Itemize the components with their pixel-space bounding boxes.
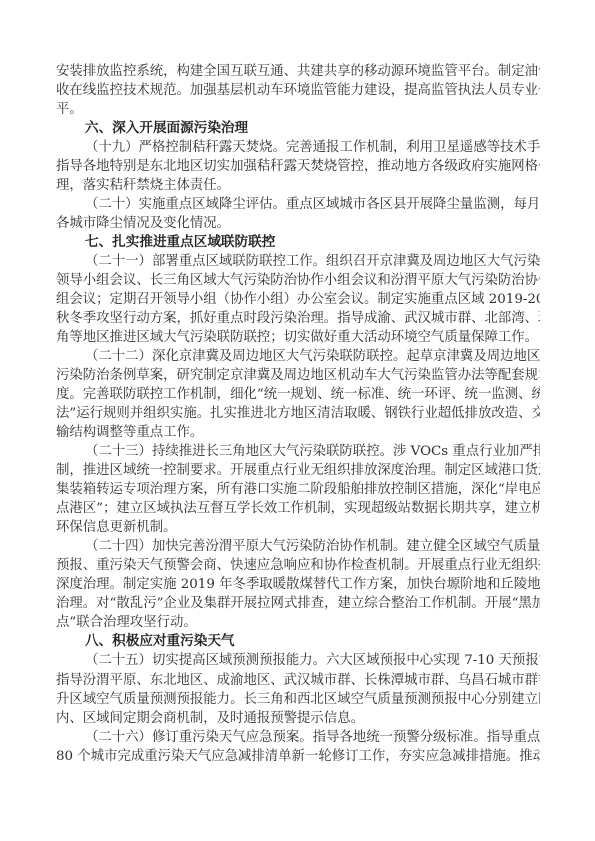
text-line: （二十二）深化京津冀及周边地区大气污染联防联控。起草京津冀及周边地区大气 (56, 347, 540, 366)
text-line: 各城市降尘情况及变化情况。 (56, 214, 540, 233)
section-heading-8: 八、积极应对重污染天气 (56, 632, 540, 651)
paragraph-22: （二十二）深化京津冀及周边地区大气污染联防联控。起草京津冀及周边地区大气 污染防… (56, 347, 540, 442)
text-line: （十九）严格控制秸秆露天焚烧。完善通报工作机制，利用卫星遥感等技术手段， (56, 138, 540, 157)
text-line: 预报、重污染天气预警会商、快速应急响应和协作检查机制。开展重点行业无组织排放 (56, 556, 540, 575)
text-line: 指导各地特别是东北地区切实加强秸秆露天焚烧管控，推动地方各级政府实施网格化管 (56, 157, 540, 176)
section-heading-6: 六、深入开展面源污染治理 (56, 119, 540, 138)
text-line: 组会议；定期召开领导小组（协作小组）办公室会议。制定实施重点区域 2019-20… (56, 290, 540, 309)
text-line: 内、区域间定期会商机制，及时通报预警提示信息。 (56, 709, 540, 728)
text-line: （二十五）切实提高区域预测预报能力。六大区域预报中心实现 7-10 天预报能力， (56, 651, 540, 670)
text-line: 平。 (56, 100, 540, 119)
paragraph-25: （二十五）切实提高区域预测预报能力。六大区域预报中心实现 7-10 天预报能力，… (56, 651, 540, 727)
section-heading-7: 七、扎实推进重点区域联防联控 (56, 233, 540, 252)
paragraph-23: （二十三）持续推进长三角地区大气污染联防联控。涉 VOCs 重点行业加严排放控 … (56, 442, 540, 537)
text-line: 点港区”；建立区域执法互督互学长效工作机制，实现超级站数据长期共享，建立机动车 (56, 499, 540, 518)
text-line: 法”运行规则并组织实施。扎实推进北方地区清洁取暖、钢铁行业超低排放改造、交通运 (56, 404, 540, 423)
text-line: 收在线监控技术规范。加强基层机动车环境监管能力建设，提高监管执法人员专业化水 (56, 81, 540, 100)
paragraph-24: （二十四）加快完善汾渭平原大气污染防治协作机制。建立健全区域空气质量预测 预报、… (56, 537, 540, 632)
text-line: 指导汾渭平原、东北地区、成渝地区、武汉城市群、长株潭城市群、乌昌石城市群等提 (56, 671, 540, 690)
text-line: （二十四）加快完善汾渭平原大气污染防治协作机制。建立健全区域空气质量预测 (56, 537, 540, 556)
text-line: 制，推进区域统一控制要求。开展重点行业无组织排放深度治理。制定区域港口货运和 (56, 461, 540, 480)
paragraph-26: （二十六）修订重污染天气应急预案。指导各地统一预警分级标准。指导重点区域 80 … (56, 728, 540, 766)
text-line: （二十六）修订重污染天气应急预案。指导各地统一预警分级标准。指导重点区域 (56, 728, 540, 747)
text-line: （二十三）持续推进长三角地区大气污染联防联控。涉 VOCs 重点行业加严排放控 (56, 442, 540, 461)
paragraph-20: （二十）实施重点区域降尘评估。重点区域城市各区县开展降尘量监测，每月通报 各城市… (56, 195, 540, 233)
text-line: 治理。对“散乱污”企业及集群开展拉网式排查，建立综合整治工作机制。开展“黑加油站 (56, 594, 540, 613)
text-line: 领导小组会议、长三角区域大气污染防治协作小组会议和汾渭平原大气污染防治协作小 (56, 271, 540, 290)
text-line: 环保信息更新机制。 (56, 518, 540, 537)
text-line: 安装排放监控系统，构建全国互联互通、共建共享的移动源环境监管平台。制定油气回 (56, 62, 540, 81)
document-page: 安装排放监控系统，构建全国互联互通、共建共享的移动源环境监管平台。制定油气回 收… (56, 62, 540, 766)
text-line: 集装箱转运专项治理方案，所有港口实施二阶段船舶排放控制区措施，深化“岸电应用试 (56, 480, 540, 499)
paragraph-continuation: 安装排放监控系统，构建全国互联互通、共建共享的移动源环境监管平台。制定油气回 收… (56, 62, 540, 119)
text-line: 角等地区推进区域大气污染联防联控；切实做好重大活动环境空气质量保障工作。 (56, 328, 540, 347)
text-line: （二十一）部署重点区域联防联控工作。组织召开京津冀及周边地区大气污染防治 (56, 252, 540, 271)
paragraph-21: （二十一）部署重点区域联防联控工作。组织召开京津冀及周边地区大气污染防治 领导小… (56, 252, 540, 347)
text-line: 污染防治条例草案，研究制定京津冀及周边地区机动车大气污染监管办法等配套规章制 (56, 366, 540, 385)
text-line: 理，落实秸秆禁烧主体责任。 (56, 176, 540, 195)
text-line: 度。完善联防联控工作机制，细化“统一规划、统一标准、统一环评、统一监测、统一执 (56, 385, 540, 404)
text-line: （二十）实施重点区域降尘评估。重点区域城市各区县开展降尘量监测，每月通报 (56, 195, 540, 214)
text-line: 点”联合治理攻坚行动。 (56, 613, 540, 632)
text-line: 秋冬季攻坚行动方案，抓好重点时段污染治理。指导成渝、武汉城市群、北部湾、珠三 (56, 309, 540, 328)
text-line: 升区域空气质量预测预报能力。长三角和西北区域空气质量预测预报中心分别建立区域 (56, 690, 540, 709)
paragraph-19: （十九）严格控制秸秆露天焚烧。完善通报工作机制，利用卫星遥感等技术手段， 指导各… (56, 138, 540, 195)
text-line: 输结构调整等重点工作。 (56, 423, 540, 442)
text-line: 深度治理。制定实施 2019 年冬季取暖散煤替代工作方案，加快台塬阶地和丘陵地区… (56, 575, 540, 594)
text-line: 80 个城市完成重污染天气应急减排清单新一轮修订工作，夯实应急减排措施。推动辽宁… (56, 747, 540, 766)
